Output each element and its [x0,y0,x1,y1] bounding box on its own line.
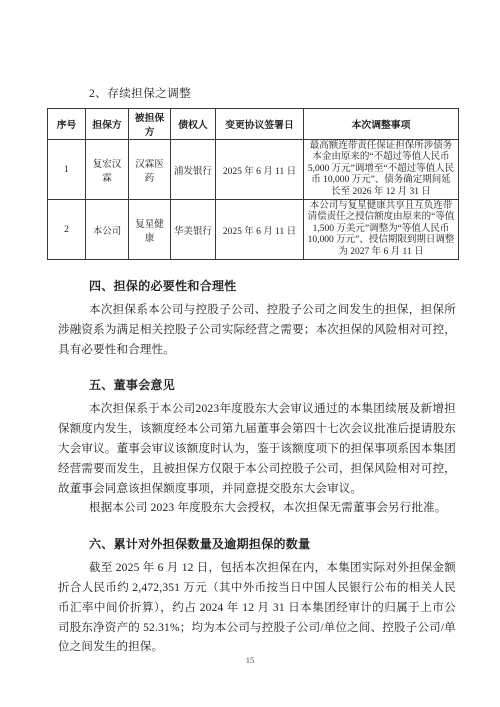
cell-agreement-date: 2025 年 6 月 11 日 [216,140,304,200]
page-number: 15 [0,655,500,665]
table-header-row: 序号 担保方 被担保方 债权人 变更协议签署日 本次调整事项 [48,109,459,140]
cell-creditor: 浦发银行 [171,140,216,200]
section-necessity-reasonableness: 四、担保的必要性和合理性 本次担保系本公司与控股子公司、控股子公司之间发生的担保… [58,277,456,360]
cell-creditor: 华美银行 [171,200,216,260]
cell-adjustment-details: 最高额连带责任保证担保所涉债务本金由原来的“不超过等值人民币 5,000 万元”… [304,140,459,200]
header-agreement-date: 变更协议签署日 [216,109,304,140]
cell-adjustment-details: 本公司与复星健康共享且互负连带清偿责任之授信额度由原来的“等值 1,500 万美… [304,200,459,260]
table-row: 1 复宏汉霖 汉霖医药 浦发银行 2025 年 6 月 11 日 最高额连带责任… [48,140,459,200]
paragraph: 截至 2025 年 6 月 12 日，包括本次担保在内，本集团实际对外担保金额折… [58,559,456,658]
section-board-opinion: 五、董事会意见 本次担保系于本公司2023年度股东大会审议通过的本集团续展及新增… [58,376,456,519]
cell-guarantor: 复宏汉霖 [86,140,129,200]
header-creditor: 债权人 [171,109,216,140]
document-page: 2、存续担保之调整 序号 担保方 被担保方 债权人 变更协议签署日 本次调整事项… [0,0,500,707]
cell-serial-no: 2 [48,200,86,260]
cell-guarantor: 本公司 [86,200,129,260]
header-adjustment-details: 本次调整事项 [304,109,459,140]
cell-serial-no: 1 [48,140,86,200]
section-heading: 四、担保的必要性和合理性 [58,277,456,294]
section-cumulative-guarantees: 六、累计对外担保数量及逾期担保的数量 截至 2025 年 6 月 12 日，包括… [58,535,456,658]
cell-agreement-date: 2025 年 6 月 11 日 [216,200,304,260]
header-serial-no: 序号 [48,109,86,140]
section-heading: 六、累计对外担保数量及逾期担保的数量 [58,535,456,552]
subheading-surviving-guarantee-adjustment: 2、存续担保之调整 [89,85,456,101]
table-row: 2 本公司 复星健康 华美银行 2025 年 6 月 11 日 本公司与复星健康… [48,200,459,260]
paragraph: 本次担保系于本公司2023年度股东大会审议通过的本集团续展及新增担保额度内发生，… [58,400,456,499]
cell-guaranteed-party: 复星健康 [129,200,171,260]
section-heading: 五、董事会意见 [58,376,456,393]
header-guaranteed-party: 被担保方 [129,109,171,140]
paragraph: 本次担保系本公司与控股子公司、控股子公司之间发生的担保，担保所涉融资系为满足相关… [58,301,456,360]
paragraph: 根据本公司 2023 年度股东大会授权，本次担保无需董事会另行批准。 [58,499,456,519]
guarantee-adjustment-table: 序号 担保方 被担保方 债权人 变更协议签署日 本次调整事项 1 复宏汉霖 汉霖… [47,108,459,260]
header-guarantor: 担保方 [86,109,129,140]
cell-guaranteed-party: 汉霖医药 [129,140,171,200]
